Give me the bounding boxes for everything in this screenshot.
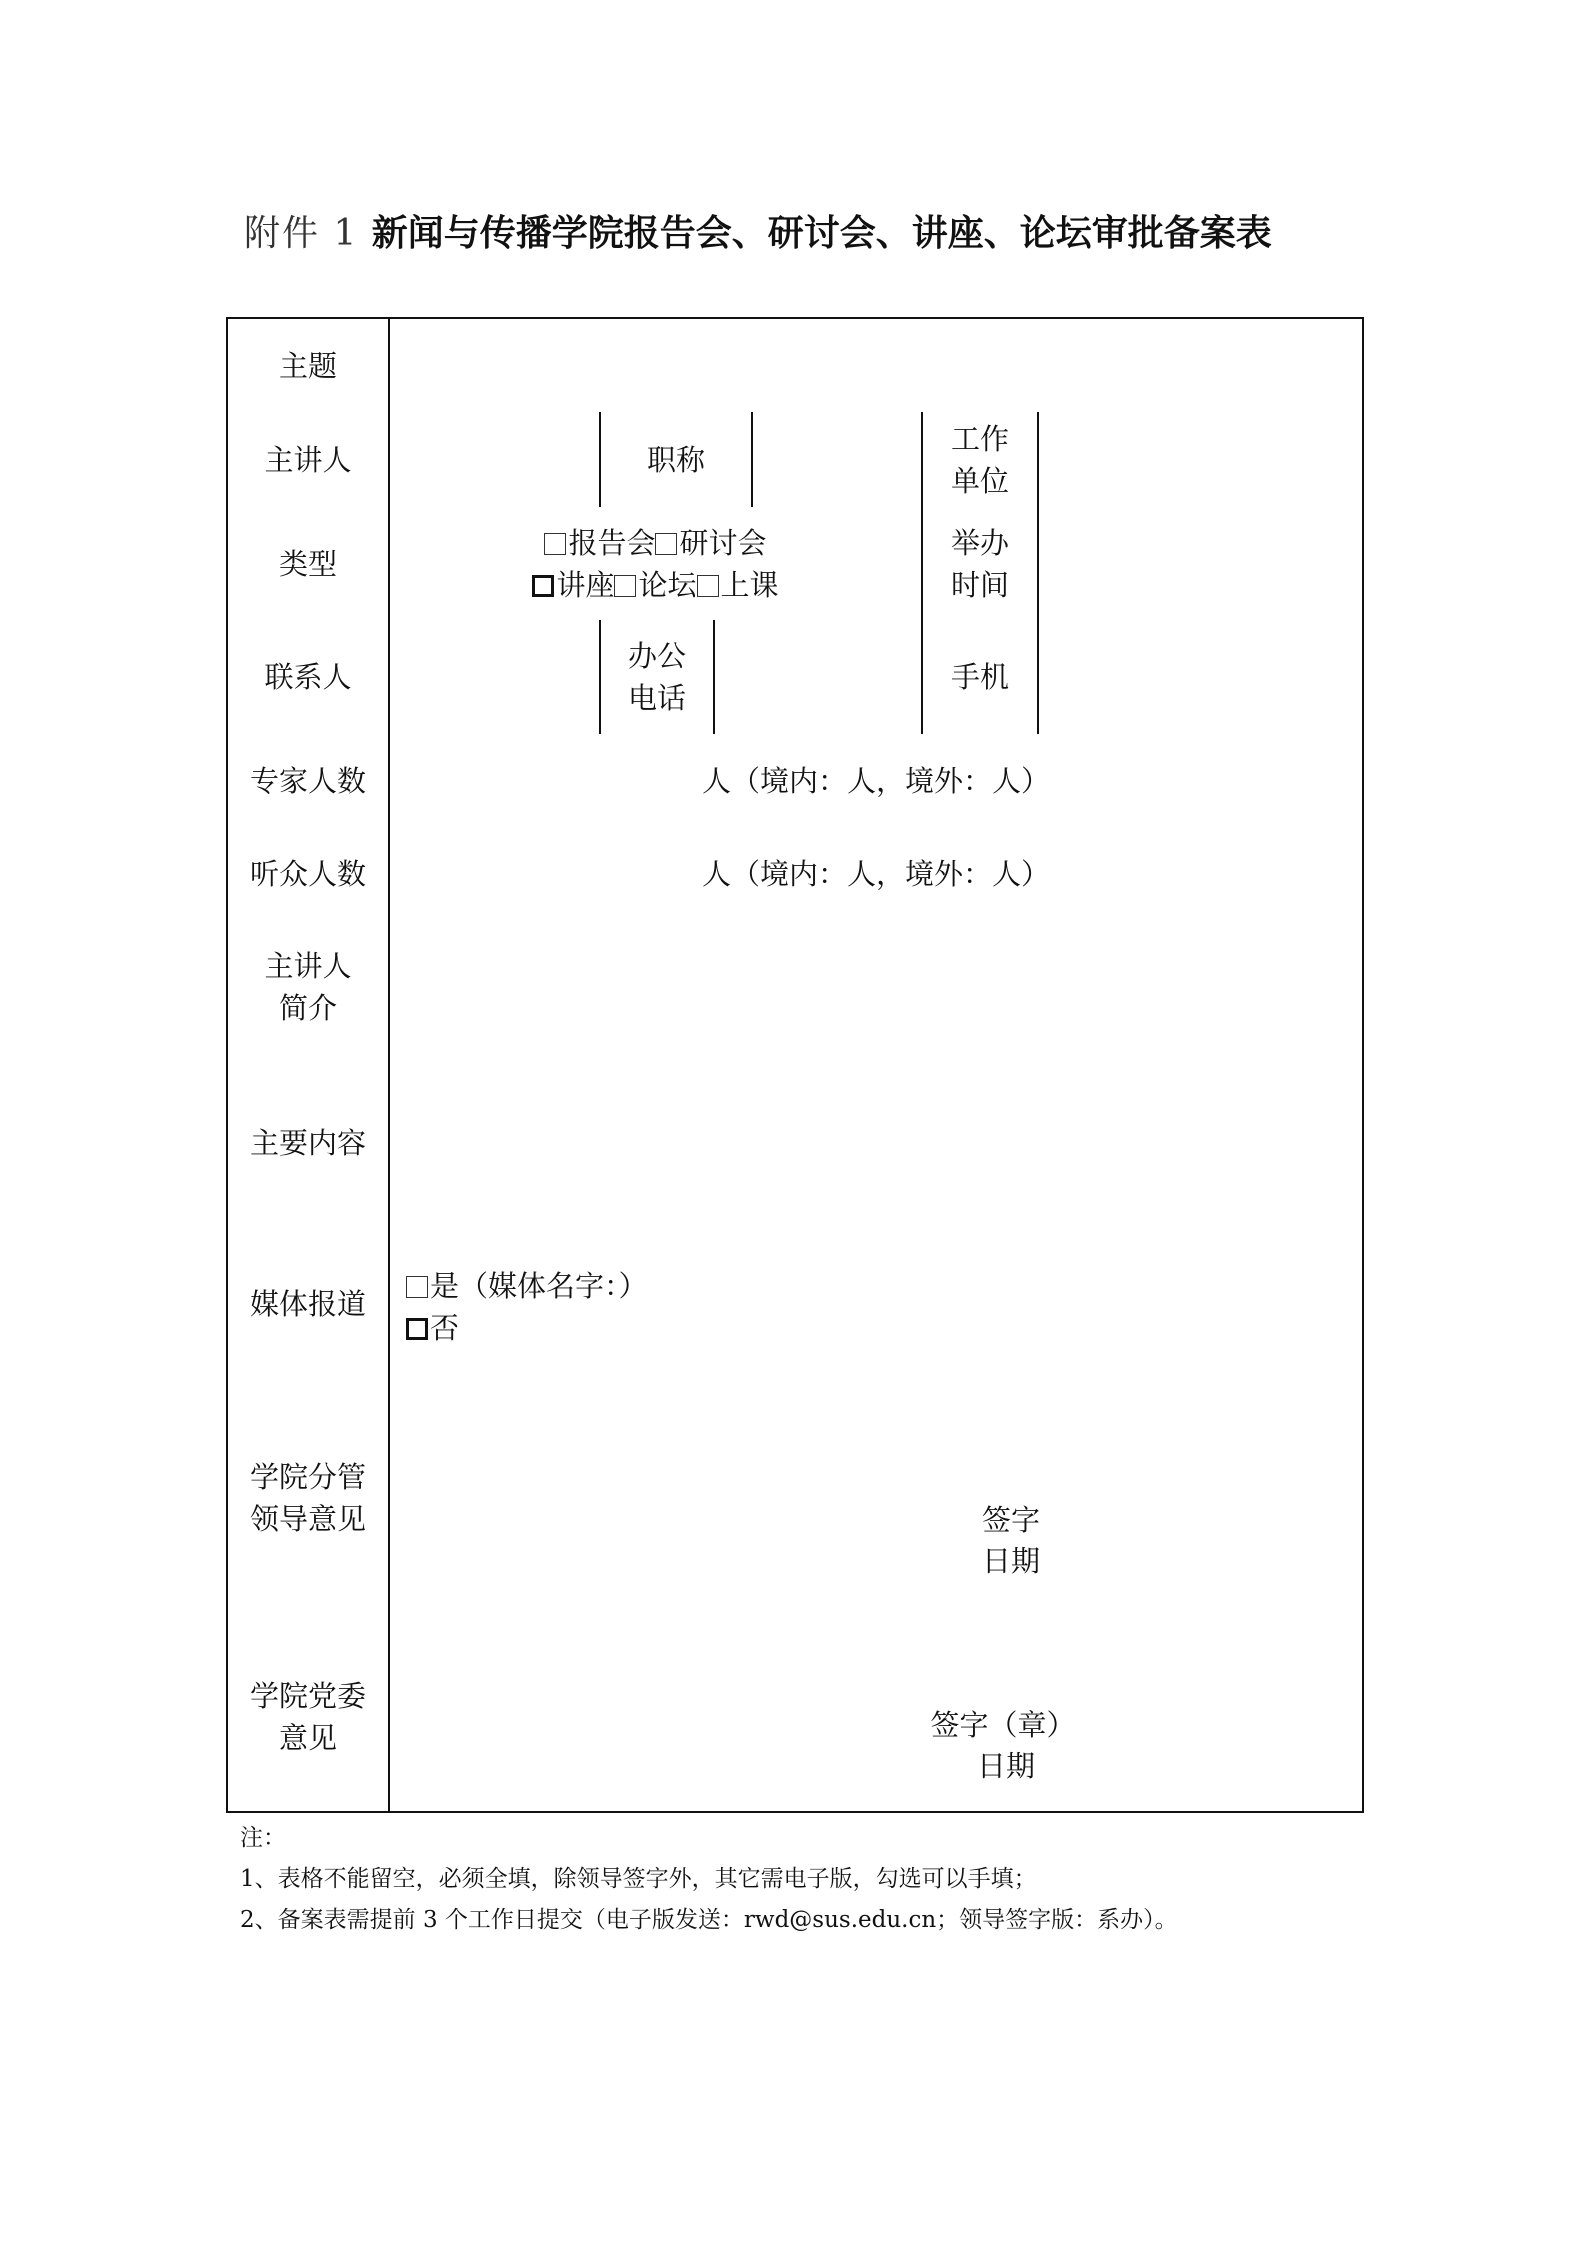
mobile-input-cell[interactable]	[1039, 620, 1364, 736]
party-signature-label: 签字（章）	[928, 1705, 1078, 1746]
checkbox-report[interactable]	[544, 533, 566, 555]
type-option-report-label: 报告会	[568, 526, 655, 560]
checkbox-class[interactable]	[697, 575, 719, 597]
media-option-no-label: 否	[430, 1311, 459, 1345]
speaker-intro-label-cell: 主讲人 简介	[226, 921, 390, 1054]
content-input-cell[interactable]	[390, 1052, 1364, 1235]
office-phone-label: 办公 电话	[628, 635, 686, 719]
party-opinion-label: 学院党委 意见	[250, 1675, 366, 1759]
title-rank-input-cell[interactable]	[753, 412, 923, 509]
party-date-label: 日期	[928, 1746, 1078, 1787]
speaker-label-cell: 主讲人	[226, 412, 390, 509]
party-opinion-input-cell[interactable]	[390, 1622, 1364, 1813]
contact-input-cell[interactable]	[390, 620, 601, 736]
media-option-yes[interactable]: 是（媒体名字：）	[406, 1265, 648, 1307]
checkbox-lecture[interactable]	[532, 575, 554, 597]
contact-label-cell: 联系人	[226, 620, 390, 736]
organization-label: 工作 单位	[951, 418, 1009, 502]
type-option-lecture-label: 讲座	[556, 568, 614, 602]
media-option-no[interactable]: 否	[406, 1307, 648, 1349]
organization-input-cell[interactable]	[1039, 412, 1364, 509]
title-main: 新闻与传播学院报告会、研讨会、讲座、论坛审批备案表	[372, 213, 1272, 254]
media-option-yes-label: 是（媒体名字：）	[430, 1269, 648, 1303]
document-title: 附件 1 新闻与传播学院报告会、研讨会、讲座、论坛审批备案表	[244, 210, 1272, 258]
office-phone-input-cell[interactable]	[715, 620, 923, 736]
type-option-class[interactable]: 上课	[697, 568, 779, 602]
experts-label-cell: 专家人数	[226, 734, 390, 829]
dean-signature-block: 签字 日期	[975, 1500, 1047, 1582]
mobile-label-cell: 手机	[921, 620, 1039, 736]
title-rank-label: 职称	[647, 439, 705, 481]
type-option-seminar-label: 研讨会	[679, 526, 766, 560]
type-options-cell: 报告会研讨会 讲座论坛上课	[390, 507, 923, 622]
type-options-line-2: 讲座论坛上课	[532, 564, 778, 606]
audience-label: 听众人数	[250, 853, 366, 895]
notes-section: 注： 1、表格不能留空，必须全填，除领导签字外，其它需电子版，勾选可以手填； 2…	[240, 1818, 1178, 1941]
dean-opinion-label-cell: 学院分管 领导意见	[226, 1374, 390, 1624]
dean-date-label: 日期	[975, 1541, 1047, 1582]
speaker-input-cell[interactable]	[390, 412, 601, 509]
media-options: 是（媒体名字：） 否	[406, 1265, 648, 1349]
type-option-lecture[interactable]: 讲座	[532, 568, 614, 602]
organization-label-cell: 工作 单位	[921, 412, 1039, 509]
contact-label: 联系人	[264, 656, 351, 698]
type-option-seminar[interactable]: 研讨会	[655, 526, 766, 560]
type-label-cell: 类型	[226, 507, 390, 622]
content-label-cell: 主要内容	[226, 1052, 390, 1235]
audience-value[interactable]: 人（境内：人，境外：人）	[702, 853, 1050, 895]
media-label-cell: 媒体报道	[226, 1233, 390, 1376]
type-options: 报告会研讨会 讲座论坛上课	[532, 522, 778, 606]
event-time-label-cell: 举办 时间	[921, 507, 1039, 622]
media-label: 媒体报道	[250, 1283, 366, 1325]
event-time-label: 举办 时间	[951, 522, 1009, 606]
checkbox-media-yes[interactable]	[406, 1276, 428, 1298]
topic-input-cell[interactable]	[390, 317, 1364, 414]
topic-label: 主题	[279, 345, 337, 387]
title-prefix: 附件 1	[244, 213, 372, 254]
dean-opinion-label: 学院分管 领导意见	[250, 1456, 366, 1540]
party-signature-block: 签字（章） 日期	[928, 1705, 1078, 1787]
note-item-2: 2、备案表需提前 3 个工作日提交（电子版发送：rwd@sus.edu.cn；领…	[240, 1900, 1178, 1941]
type-option-class-label: 上课	[721, 568, 779, 602]
audience-input-cell[interactable]: 人（境内：人，境外：人）	[390, 827, 1364, 923]
checkbox-seminar[interactable]	[655, 533, 677, 555]
speaker-intro-input-cell[interactable]	[390, 921, 1364, 1054]
experts-value[interactable]: 人（境内：人，境外：人）	[702, 760, 1050, 802]
topic-label-cell: 主题	[226, 317, 390, 414]
content-label: 主要内容	[250, 1122, 366, 1164]
type-option-forum-label: 论坛	[638, 568, 696, 602]
type-options-line-1: 报告会研讨会	[532, 522, 778, 564]
experts-label: 专家人数	[250, 760, 366, 802]
media-options-cell: 是（媒体名字：） 否	[390, 1233, 1364, 1376]
mobile-label: 手机	[951, 656, 1009, 698]
note-item-1: 1、表格不能留空，必须全填，除领导签字外，其它需电子版，勾选可以手填；	[240, 1859, 1178, 1900]
dean-opinion-input-cell[interactable]	[390, 1374, 1364, 1624]
speaker-intro-label: 主讲人 简介	[264, 945, 351, 1029]
notes-heading: 注：	[240, 1818, 1178, 1859]
checkbox-forum[interactable]	[614, 575, 636, 597]
audience-label-cell: 听众人数	[226, 827, 390, 923]
event-time-input-cell[interactable]	[1039, 507, 1364, 622]
speaker-label: 主讲人	[264, 439, 351, 481]
dean-signature-label: 签字	[975, 1500, 1047, 1541]
type-option-report[interactable]: 报告会	[544, 526, 655, 560]
checkbox-media-no[interactable]	[406, 1318, 428, 1340]
type-label: 类型	[279, 543, 337, 585]
party-opinion-label-cell: 学院党委 意见	[226, 1622, 390, 1813]
office-phone-label-cell: 办公 电话	[599, 620, 715, 736]
title-rank-label-cell: 职称	[599, 412, 753, 509]
type-option-forum[interactable]: 论坛	[614, 568, 696, 602]
experts-input-cell[interactable]: 人（境内：人，境外：人）	[390, 734, 1364, 829]
